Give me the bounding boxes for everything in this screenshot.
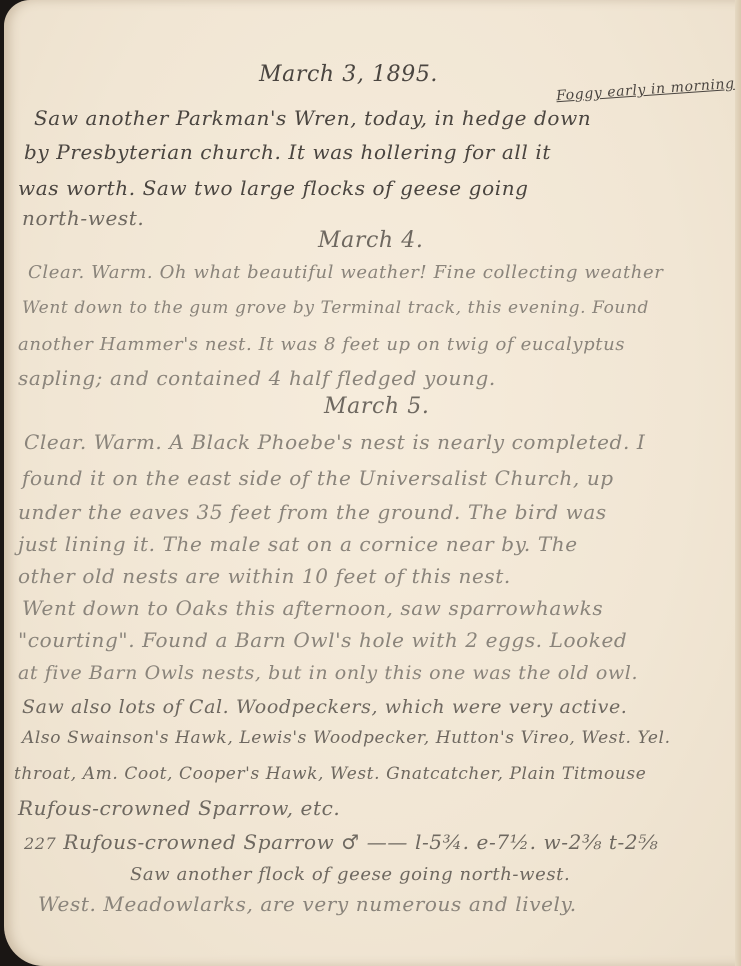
specimen-sex: ♂ — [341, 830, 360, 854]
text-line: Clear. Warm. Oh what beautiful weather! … — [28, 262, 663, 283]
specimen-number: 227 — [24, 834, 56, 853]
specimen-measurements: l-5¾. e-7½. w-2⅜ t-2⅝ — [415, 830, 658, 854]
text-line: Saw another Parkman's Wren, today, in he… — [34, 106, 591, 130]
entry-date: March 4. — [318, 228, 423, 253]
text-line: throat, Am. Coot, Cooper's Hawk, West. G… — [14, 764, 646, 784]
text-line: Also Swainson's Hawk, Lewis's Woodpecker… — [22, 728, 671, 748]
entry-date: March 3, 1895. — [259, 62, 438, 87]
text-line: Went down to the gum grove by Terminal t… — [22, 298, 649, 318]
text-line: "courting". Found a Barn Owl's hole with… — [18, 628, 627, 652]
journal-page: March 3, 1895. Foggy early in morning Sa… — [4, 0, 741, 966]
text-line: under the eaves 35 feet from the ground.… — [18, 500, 607, 524]
text-line: at five Barn Owls nests, but in only thi… — [18, 662, 638, 684]
text-line: north-west. — [22, 206, 144, 230]
text-line: Rufous-crowned Sparrow, etc. — [18, 796, 340, 820]
specimen-species: Rufous-crowned Sparrow — [63, 830, 334, 854]
text-line: by Presbyterian church. It was hollering… — [24, 140, 551, 164]
text-line: sapling; and contained 4 half fledged yo… — [18, 366, 496, 390]
text-line: Went down to Oaks this afternoon, saw sp… — [22, 596, 603, 620]
text-line: Saw another flock of geese going north-w… — [130, 864, 570, 885]
text-line: was worth. Saw two large flocks of geese… — [18, 176, 529, 200]
text-line: other old nests are within 10 feet of th… — [18, 564, 511, 588]
text-line: Clear. Warm. A Black Phoebe's nest is ne… — [24, 430, 645, 454]
specimen-record: 227 Rufous-crowned Sparrow ♂ —— l-5¾. e-… — [24, 830, 658, 854]
text-line: Saw also lots of Cal. Woodpeckers, which… — [22, 696, 627, 718]
text-line: found it on the east side of the Univers… — [22, 466, 614, 490]
text-line: just lining it. The male sat on a cornic… — [18, 532, 578, 556]
specimen-dash: —— — [367, 830, 408, 854]
page-edge — [735, 0, 741, 966]
margin-note: Foggy early in morning — [556, 76, 736, 104]
text-line: another Hammer's nest. It was 8 feet up … — [18, 334, 625, 355]
text-line: West. Meadowlarks, are very numerous and… — [38, 892, 577, 916]
entry-date: March 5. — [324, 394, 429, 419]
